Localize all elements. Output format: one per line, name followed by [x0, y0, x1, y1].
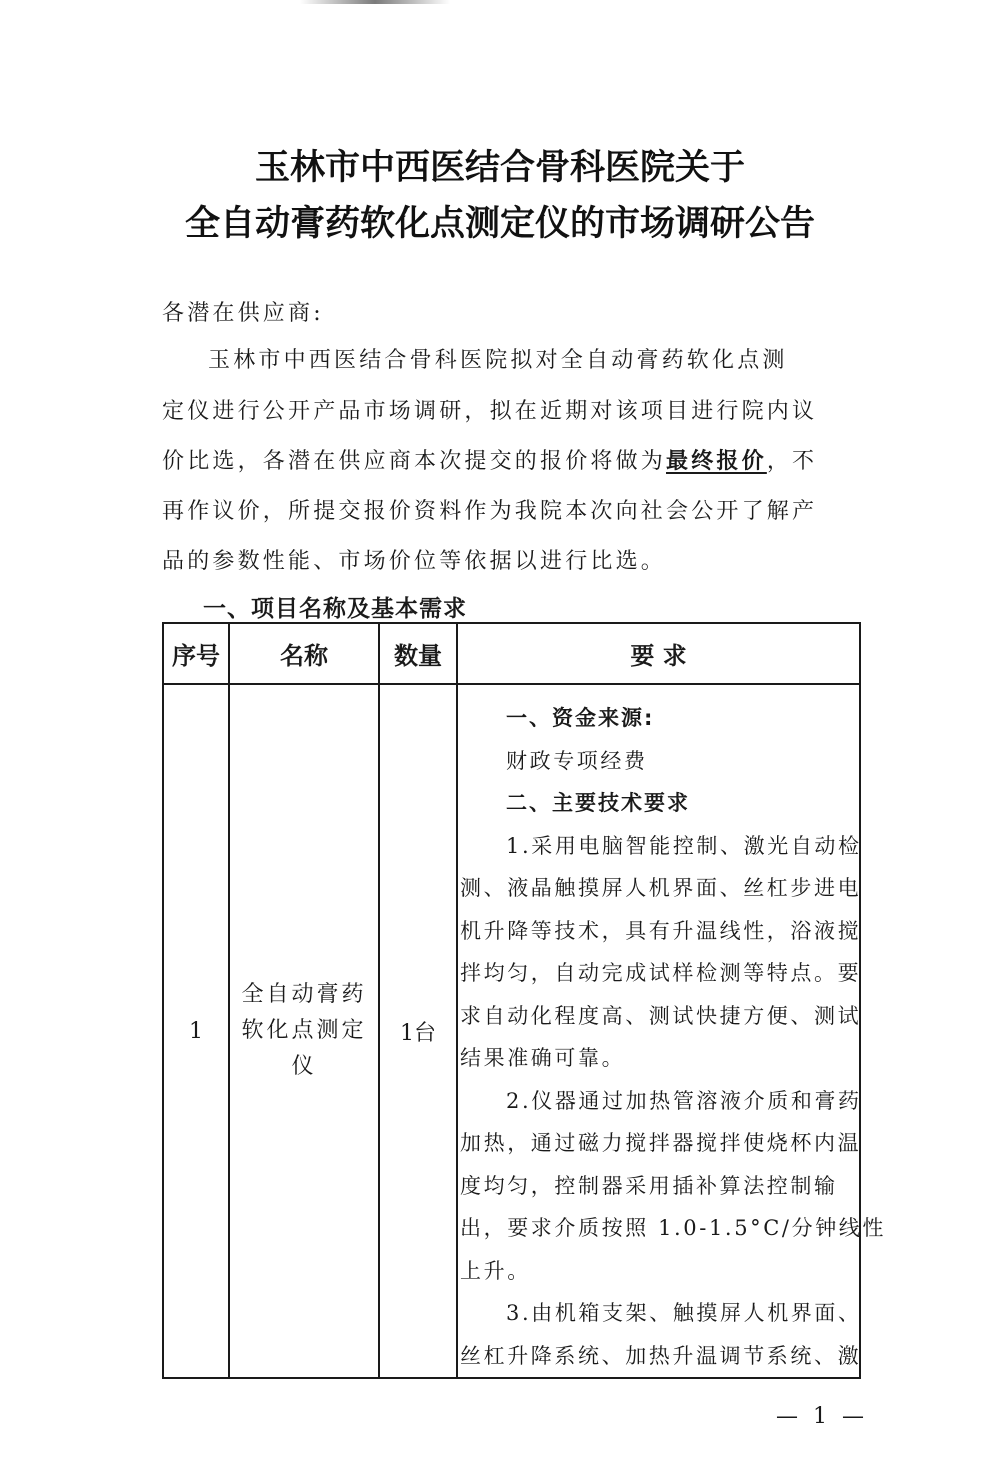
requirement-line: 3.由机箱支架、触摸屏人机界面、: [460, 1292, 859, 1335]
requirement-line: 机升降等技术，具有升温线性，浴液搅: [460, 910, 859, 953]
paragraph-text: ，不: [767, 449, 817, 474]
paragraph-line: 玉林市中西医结合骨科医院拟对全自动膏药软化点测: [208, 343, 788, 374]
requirement-line: 度均匀，控制器采用插补算法控制输: [460, 1165, 859, 1208]
paragraph-line: 品的参数性能、市场价位等依据以进行比选。: [162, 544, 666, 575]
page-number: — 1 —: [776, 1404, 868, 1429]
requirement-heading: 一、资金来源:: [460, 697, 859, 740]
header-quantity: 数量: [379, 623, 457, 684]
requirement-heading: 二、主要技术要求: [460, 782, 859, 825]
final-quote-emphasis: 最终报价: [666, 448, 767, 474]
document-title-line-2: 全自动膏药软化点测定仪的市场调研公告: [0, 196, 1000, 246]
document-title-line-1: 玉林市中西医结合骨科医院关于: [0, 140, 1000, 190]
table-header-row: 序号 名称 数量 要 求: [163, 623, 860, 684]
cell-requirements: 一、资金来源: 财政专项经费 二、主要技术要求 1.采用电脑智能控制、激光自动检…: [457, 684, 860, 1378]
header-requirements: 要 求: [457, 623, 860, 684]
paragraph-line-with-emphasis: 价比选，各潜在供应商本次提交的报价将做为最终报价，不: [162, 444, 817, 475]
paragraph-text: 价比选，各潜在供应商本次提交的报价将做为: [162, 449, 666, 474]
cell-name: 全自动膏药软化点测定仪: [229, 684, 379, 1378]
requirement-line: 加热，通过磁力搅拌器搅拌使烧杯内温: [460, 1122, 859, 1165]
requirement-line: 拌均匀，自动完成试样检测等特点。要: [460, 952, 859, 995]
scan-artifact: [300, 0, 450, 4]
section-heading: 一、项目名称及基本需求: [203, 590, 467, 623]
requirement-line: 1.采用电脑智能控制、激光自动检: [460, 825, 859, 868]
requirement-line: 测、液晶触摸屏人机界面、丝杠步进电: [460, 867, 859, 910]
paragraph-line: 定仪进行公开产品市场调研，拟在近期对该项目进行院内议: [162, 394, 817, 425]
header-name: 名称: [229, 623, 379, 684]
requirement-line: 2.仪器通过加热管溶液介质和膏药: [460, 1080, 859, 1123]
requirement-line: 财政专项经费: [460, 740, 859, 783]
paragraph-line: 再作议价，所提交报价资料作为我院本次向社会公开了解产: [162, 494, 817, 525]
requirement-line: 求自动化程度高、测试快捷方便、测试: [460, 995, 859, 1038]
requirement-line: 上升。: [460, 1250, 859, 1293]
salutation: 各潜在供应商:: [162, 296, 324, 327]
cell-quantity: 1台: [379, 684, 457, 1378]
requirements-table: 序号 名称 数量 要 求 1 全自动膏药软化点测定仪 1台 一、资金来源: 财政…: [162, 622, 861, 1379]
cell-index: 1: [163, 684, 229, 1378]
header-index: 序号: [163, 623, 229, 684]
table-row: 1 全自动膏药软化点测定仪 1台 一、资金来源: 财政专项经费 二、主要技术要求…: [163, 684, 860, 1378]
requirement-line: 丝杠升降系统、加热升温调节系统、激: [460, 1335, 859, 1378]
requirement-line: 结果准确可靠。: [460, 1037, 859, 1080]
requirement-line: 出，要求介质按照 1.0-1.5°C/分钟线性: [460, 1207, 859, 1250]
